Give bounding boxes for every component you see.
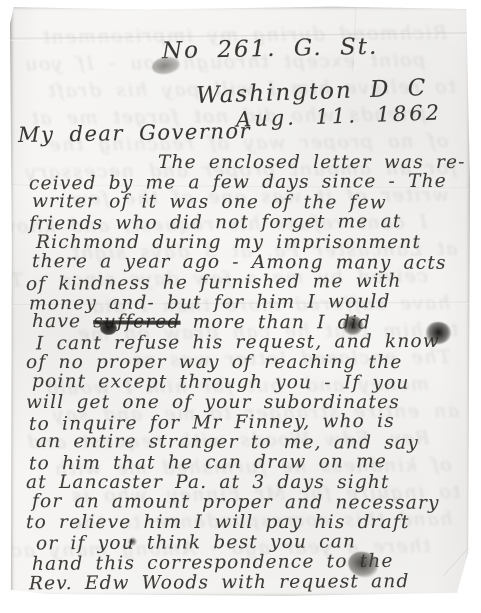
letter-line: friends who did not forget me at xyxy=(29,212,470,235)
letter-line: of no proper way of reaching the xyxy=(26,353,470,373)
letter-line: point except through you - If you xyxy=(32,372,470,394)
letter-line: I cant refuse his request, and know xyxy=(36,332,470,355)
letter-line: writer of it was one of the few xyxy=(32,192,470,214)
letter-line: Rev. Edw Woods with request and xyxy=(29,572,470,595)
address-line: No 261. G. St. xyxy=(162,34,379,65)
letter-line: will get one of your subordinates xyxy=(26,393,470,413)
letter-line: The enclosed letter was re- xyxy=(26,153,470,173)
salutation: My dear Governor xyxy=(18,119,251,147)
letter-line: to him that he can draw on me xyxy=(29,452,470,475)
letter-line: at Lancaster Pa. at 3 days sight xyxy=(26,473,470,493)
letter-line: Richmond during my imprisonment xyxy=(36,233,470,253)
letter-line: to relieve him I will pay his draft xyxy=(26,513,470,533)
letter-paper: Richmond during my imprisonmentpoint exc… xyxy=(10,6,470,597)
struck-word: suffered xyxy=(93,311,180,332)
letter-line: an entire stranger to me, and say xyxy=(36,432,470,454)
letter-line: for an amount proper and necessary xyxy=(32,492,470,514)
letter-body: The enclosed letter was re-ceived by me … xyxy=(26,153,470,593)
scanned-letter-page: Richmond during my imprisonmentpoint exc… xyxy=(0,0,481,613)
